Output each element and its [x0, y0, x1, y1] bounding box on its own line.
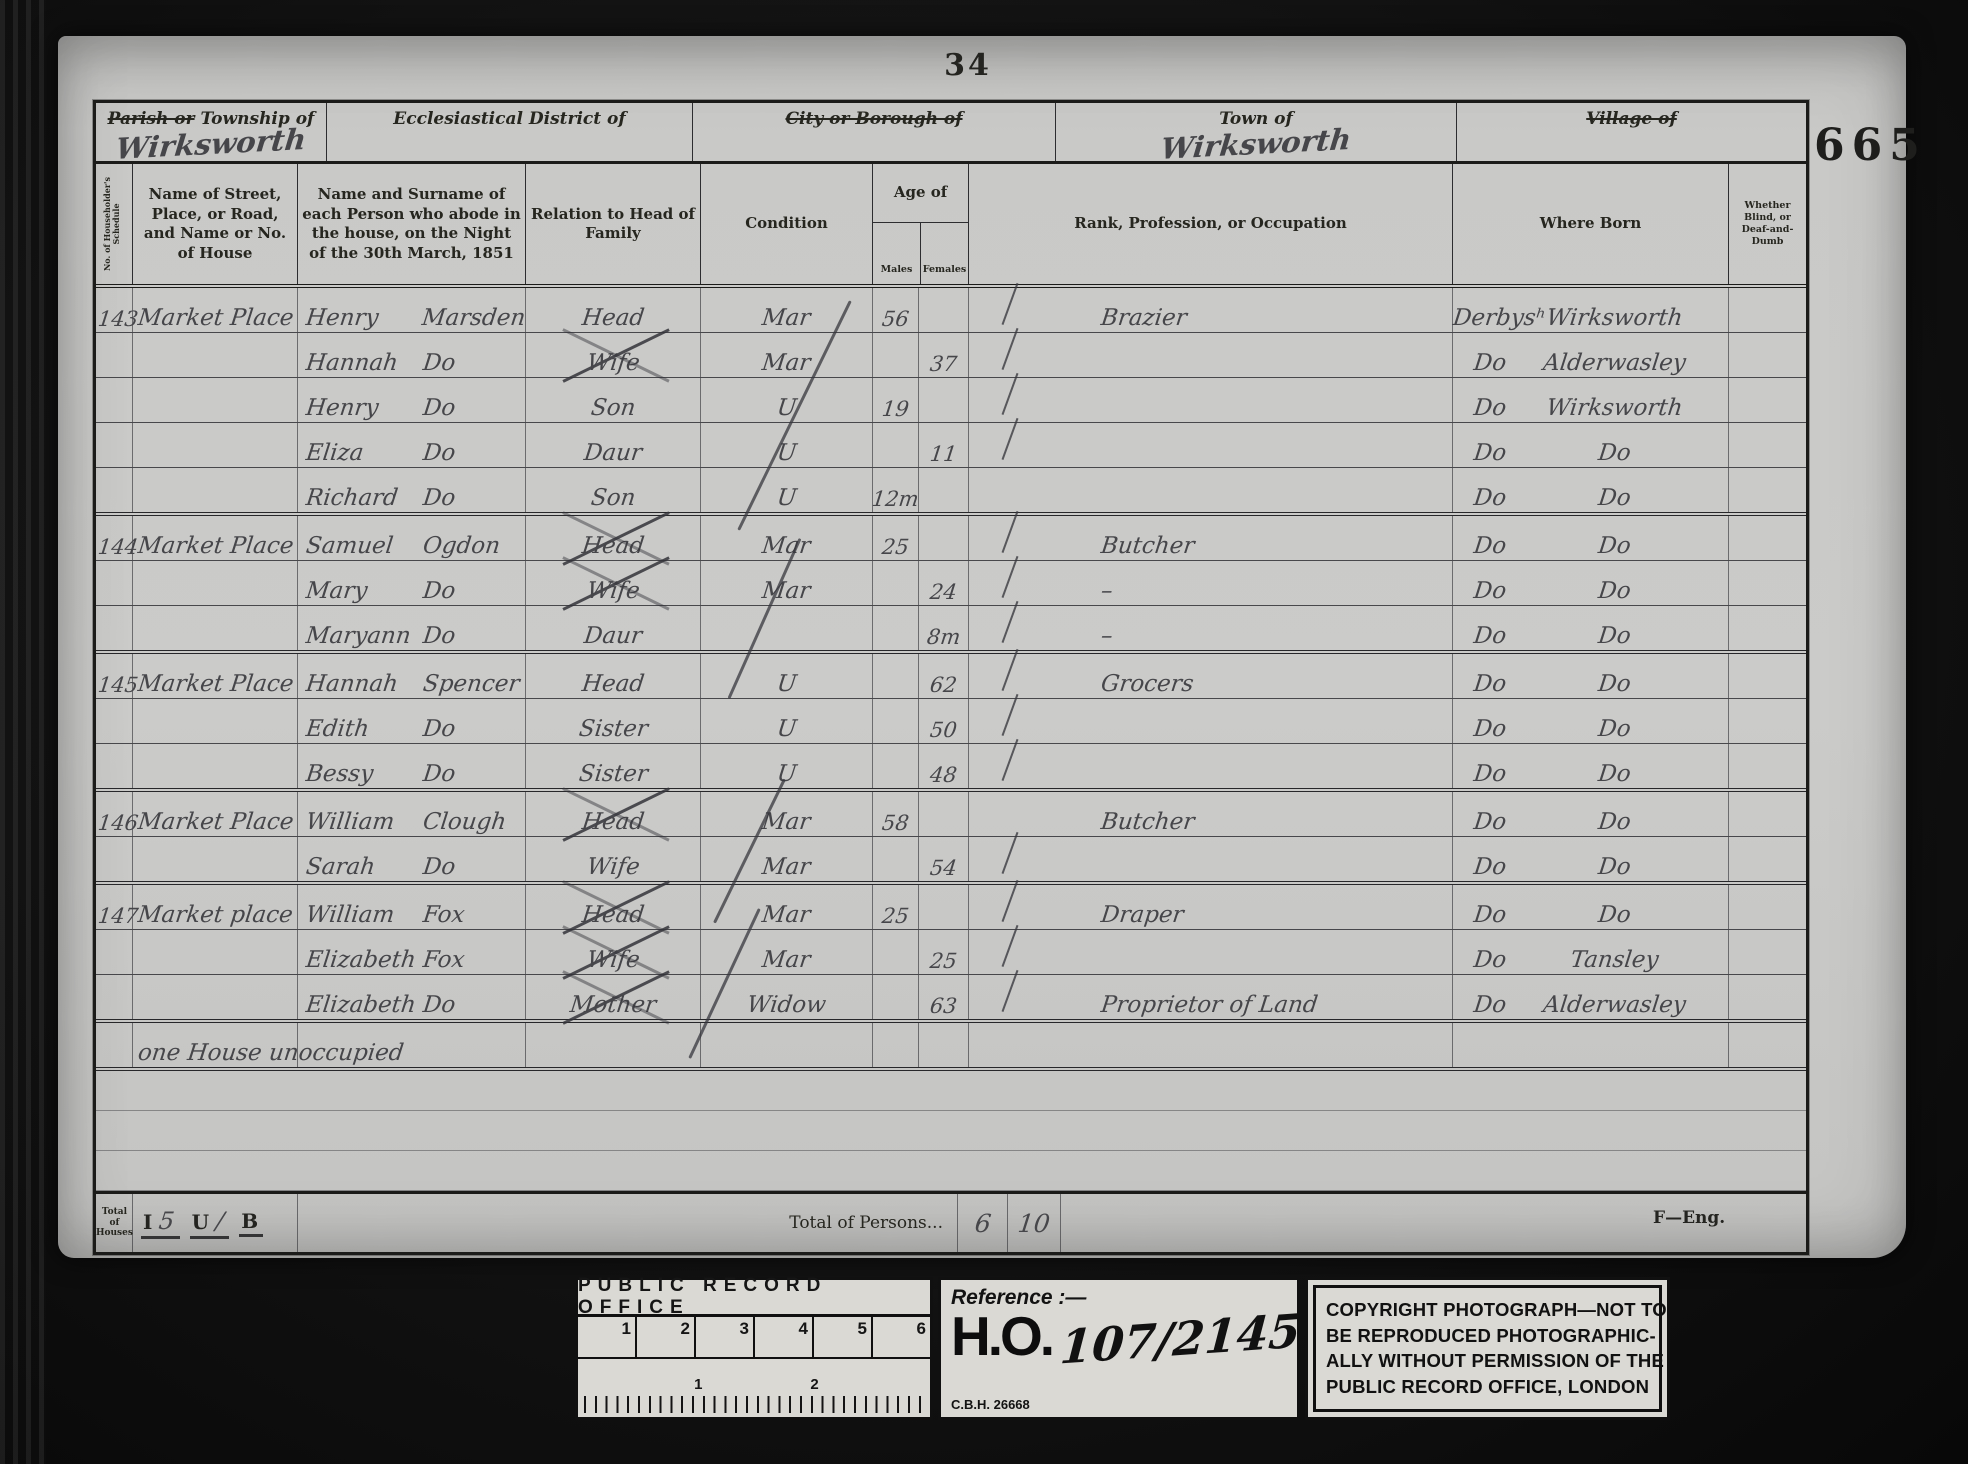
- building-label: B: [241, 1209, 258, 1233]
- census-row: 147 Market place WilliamFox Head Mar 25 …: [96, 885, 1806, 930]
- age-females-cell: [919, 1023, 969, 1067]
- infirmity-cell: [1729, 654, 1806, 698]
- census-table: Parish or Township of Wirksworth Ecclesi…: [93, 100, 1809, 1255]
- street-cell: [133, 699, 298, 743]
- where-born-cell: [1453, 1023, 1729, 1067]
- name-cell: MaryDo: [298, 561, 526, 605]
- folio-number: 34: [928, 48, 1008, 83]
- age-females-cell: 11: [919, 423, 969, 467]
- census-row: EdithDo Sister U 50 DoDo: [96, 699, 1806, 744]
- condition-cell: U: [701, 699, 873, 743]
- ecclesiastical-district-cell: Ecclesiastical District of: [327, 103, 693, 161]
- age-males-cell: [873, 930, 919, 974]
- census-row: one House unoccupied: [96, 1023, 1806, 1071]
- name-cell: ElizabethDo: [298, 975, 526, 1019]
- schedule-cell: [96, 423, 133, 467]
- condition-cell: [701, 1023, 873, 1067]
- village-cell: Village of: [1457, 103, 1806, 161]
- occupation-cell: [969, 744, 1453, 788]
- copyright-stamp: COPYRIGHT PHOTOGRAPH—NOT TO BE REPRODUCE…: [1305, 1277, 1670, 1420]
- name-cell: HannahSpencer: [298, 654, 526, 698]
- age-males-cell: [873, 837, 919, 881]
- village-label-struck: Village of: [1586, 109, 1677, 129]
- parish-cell: Parish or Township of Wirksworth: [96, 103, 327, 161]
- infirmity-cell: [1729, 468, 1806, 512]
- reference-prefix: H.O.: [951, 1312, 1052, 1362]
- infirmity-cell: [1729, 744, 1806, 788]
- census-row: ElizaDo Daur U 11 DoDo: [96, 423, 1806, 468]
- street-cell: Market Place: [133, 516, 298, 560]
- col-occupation: Rank, Profession, or Occupation: [969, 164, 1453, 284]
- occupation-cell: –: [969, 561, 1453, 605]
- where-born-cell: DoDo: [1453, 885, 1729, 929]
- where-born-cell: DoDo: [1453, 468, 1729, 512]
- infirmity-cell: [1729, 288, 1806, 332]
- schedule-cell: [96, 930, 133, 974]
- condition-cell: Mar: [701, 516, 873, 560]
- occupation-cell: Grocers: [969, 654, 1453, 698]
- schedule-cell: 147: [96, 885, 133, 929]
- age-males-cell: 25: [873, 885, 919, 929]
- occupation-cell: [969, 1023, 1453, 1067]
- census-row: 145 Market Place HannahSpencer Head U 62…: [96, 654, 1806, 699]
- where-born-cell: DoDo: [1453, 792, 1729, 836]
- age-females-cell: [919, 468, 969, 512]
- relation-cell: Head: [526, 516, 701, 560]
- condition-cell: U: [701, 378, 873, 422]
- schedule-cell: [96, 561, 133, 605]
- total-males-value: 6: [973, 1209, 992, 1238]
- name-cell: ElizabethFox: [298, 930, 526, 974]
- schedule-cell: [96, 468, 133, 512]
- name-cell: BessyDo: [298, 744, 526, 788]
- census-row: HenryDo Son U 19 DoWirksworth: [96, 378, 1806, 423]
- age-males-cell: 56: [873, 288, 919, 332]
- pro-office-title: PUBLIC RECORD OFFICE: [578, 1280, 930, 1317]
- infirmity-cell: [1729, 1023, 1806, 1067]
- copyright-line: BE REPRODUCED PHOTOGRAPHIC-: [1326, 1323, 1649, 1349]
- age-females-cell: [919, 516, 969, 560]
- town-cell: Town of Wirksworth: [1056, 103, 1457, 161]
- occupation-cell: [969, 378, 1453, 422]
- age-males-cell: 25: [873, 516, 919, 560]
- schedule-cell: 145: [96, 654, 133, 698]
- census-row: ElizabethFox Wife Mar 25 DoTansley: [96, 930, 1806, 975]
- pro-stamps: PUBLIC RECORD OFFICE 1 2 3 4 5 6 1 2 Ref…: [575, 1277, 1670, 1420]
- inhabited-label: I: [143, 1210, 152, 1234]
- age-females-cell: 62: [919, 654, 969, 698]
- census-row: 144 Market Place SamuelOgdon Head Mar 25…: [96, 516, 1806, 561]
- street-cell: [133, 423, 298, 467]
- census-row: HannahDo Wife Mar 37 DoAlderwasley: [96, 333, 1806, 378]
- street-cell: one House unoccupied: [133, 1023, 298, 1067]
- age-males-cell: [873, 699, 919, 743]
- age-females-cell: 63: [919, 975, 969, 1019]
- street-cell: [133, 606, 298, 650]
- age-females-cell: [919, 792, 969, 836]
- name-cell: WilliamClough: [298, 792, 526, 836]
- age-females-cell: 8m: [919, 606, 969, 650]
- condition-cell: U: [701, 654, 873, 698]
- col-name-surname: Name and Surname of each Person who abod…: [298, 164, 526, 284]
- relation-cell: Wife: [526, 837, 701, 881]
- schedule-cell: [96, 378, 133, 422]
- relation-cell: Head: [526, 792, 701, 836]
- copyright-line: PUBLIC RECORD OFFICE, LONDON: [1326, 1374, 1649, 1400]
- census-photograph: 34 665 Parish or Township of Wirksworth …: [0, 0, 1968, 1464]
- street-cell: Market Place: [133, 654, 298, 698]
- relation-cell: Sister: [526, 744, 701, 788]
- condition-cell: U: [701, 744, 873, 788]
- photo-edge-texture: [0, 0, 46, 1464]
- col-condition: Condition: [701, 164, 873, 284]
- schedule-cell: [96, 606, 133, 650]
- schedule-cell: [96, 1023, 133, 1067]
- where-born-cell: DoDo: [1453, 423, 1729, 467]
- where-born-cell: DoAlderwasley: [1453, 333, 1729, 377]
- infirmity-cell: [1729, 516, 1806, 560]
- occupation-cell: Proprietor of Land: [969, 975, 1453, 1019]
- ecclesiastical-label: Ecclesiastical District of: [393, 109, 625, 129]
- age-males-cell: 58: [873, 792, 919, 836]
- schedule-cell: [96, 744, 133, 788]
- condition-cell: Mar: [701, 837, 873, 881]
- relation-cell: Head: [526, 288, 701, 332]
- infirmity-cell: [1729, 378, 1806, 422]
- where-born-cell: DoAlderwasley: [1453, 975, 1729, 1019]
- reference-stamp: Reference :— H.O. 107/2145 C.B.H. 26668: [938, 1277, 1300, 1420]
- inch-mark: 4: [755, 1317, 814, 1357]
- inch-scale: 1 2 3 4 5 6: [578, 1317, 930, 1359]
- relation-cell: Wife: [526, 561, 701, 605]
- relation-cell: Son: [526, 468, 701, 512]
- occupation-cell: [969, 333, 1453, 377]
- census-rows: 143 Market Place HenryMarsden Head Mar 5…: [96, 288, 1806, 1071]
- occupation-cell: [969, 468, 1453, 512]
- street-cell: Market Place: [133, 792, 298, 836]
- relation-cell: [526, 1023, 701, 1067]
- name-cell: HenryDo: [298, 378, 526, 422]
- relation-cell: Head: [526, 885, 701, 929]
- column-headers: No. of Householder's Schedule Name of St…: [96, 164, 1806, 288]
- stamp-code: C.B.H. 26668: [951, 1397, 1030, 1412]
- infirmity-cell: [1729, 930, 1806, 974]
- census-row: BessyDo Sister U 48 DoDo: [96, 744, 1806, 792]
- infirmity-cell: [1729, 606, 1806, 650]
- census-row: 143 Market Place HenryMarsden Head Mar 5…: [96, 288, 1806, 333]
- street-cell: [133, 744, 298, 788]
- where-born-cell: DerbysʰWirksworth: [1453, 288, 1729, 332]
- census-row: MaryannDo Daur 8m – DoDo: [96, 606, 1806, 654]
- name-cell: RichardDo: [298, 468, 526, 512]
- where-born-cell: DoDo: [1453, 516, 1729, 560]
- street-cell: [133, 378, 298, 422]
- inhabited-value-handwritten: 5: [158, 1207, 177, 1235]
- city-label-struck: City or Borough of: [785, 109, 962, 129]
- age-males-cell: [873, 654, 919, 698]
- schedule-cell: 143: [96, 288, 133, 332]
- where-born-cell: DoDo: [1453, 699, 1729, 743]
- name-cell: WilliamFox: [298, 885, 526, 929]
- street-cell: Market place: [133, 885, 298, 929]
- age-females-cell: 54: [919, 837, 969, 881]
- census-row: MaryDo Wife Mar 24 – DoDo: [96, 561, 1806, 606]
- occupation-cell: [969, 837, 1453, 881]
- col-relation: Relation to Head of Family: [526, 164, 701, 284]
- uninhabited-label: U: [192, 1210, 209, 1234]
- houses-totals-cell: I 5 U / B: [133, 1194, 298, 1252]
- occupation-cell: Butcher: [969, 792, 1453, 836]
- where-born-cell: DoDo: [1453, 744, 1729, 788]
- cm-ticks: [584, 1396, 924, 1413]
- age-males-cell: 19: [873, 378, 919, 422]
- name-cell: SamuelOgdon: [298, 516, 526, 560]
- where-born-cell: DoDo: [1453, 561, 1729, 605]
- col-schedule-number-label: No. of Householder's Schedule: [103, 168, 127, 280]
- occupation-cell: [969, 423, 1453, 467]
- relation-cell: Head: [526, 654, 701, 698]
- where-born-cell: DoDo: [1453, 606, 1729, 650]
- occupation-cell: Draper: [969, 885, 1453, 929]
- pro-ruler-stamp: PUBLIC RECORD OFFICE 1 2 3 4 5 6 1 2: [575, 1277, 933, 1420]
- inch-mark: 6: [873, 1317, 930, 1357]
- inhabited-total: I 5: [141, 1207, 180, 1239]
- condition-cell: [701, 606, 873, 650]
- where-born-cell: DoDo: [1453, 837, 1729, 881]
- col-age-label: Age of: [873, 164, 968, 223]
- name-cell: HenryMarsden: [298, 288, 526, 332]
- age-females-cell: 25: [919, 930, 969, 974]
- total-males-cell: 6: [958, 1194, 1008, 1252]
- street-cell: [133, 561, 298, 605]
- cm-mark: 1: [694, 1376, 702, 1393]
- geography-header: Parish or Township of Wirksworth Ecclesi…: [96, 103, 1806, 164]
- schedule-cell: [96, 333, 133, 377]
- infirmity-cell: [1729, 699, 1806, 743]
- infirmity-cell: [1729, 885, 1806, 929]
- census-row: ElizabethDo Mother Widow 63 Proprietor o…: [96, 975, 1806, 1023]
- relation-cell: Daur: [526, 423, 701, 467]
- schedule-cell: [96, 975, 133, 1019]
- street-cell: [133, 930, 298, 974]
- col-where-born: Where Born: [1453, 164, 1729, 284]
- occupation-cell: Butcher: [969, 516, 1453, 560]
- age-females-cell: 24: [919, 561, 969, 605]
- age-females-cell: 50: [919, 699, 969, 743]
- street-cell: [133, 468, 298, 512]
- age-females-cell: 37: [919, 333, 969, 377]
- relation-cell: Wife: [526, 930, 701, 974]
- infirmity-cell: [1729, 561, 1806, 605]
- occupation-cell: –: [969, 606, 1453, 650]
- col-schedule-number: No. of Householder's Schedule: [96, 164, 133, 284]
- total-of-persons-label: Total of Persons...: [298, 1194, 958, 1252]
- name-cell: SarahDo: [298, 837, 526, 881]
- copyright-line: COPYRIGHT PHOTOGRAPH—NOT TO: [1326, 1297, 1649, 1323]
- empty-row: [96, 1111, 1806, 1151]
- street-cell: Market Place: [133, 288, 298, 332]
- schedule-cell: 146: [96, 792, 133, 836]
- schedule-cell: [96, 699, 133, 743]
- condition-cell: U: [701, 468, 873, 512]
- empty-row: [96, 1071, 1806, 1111]
- copyright-line: ALLY WITHOUT PERMISSION OF THE: [1326, 1348, 1649, 1374]
- total-of-houses-label: Total of Houses: [96, 1194, 133, 1252]
- infirmity-cell: [1729, 333, 1806, 377]
- inch-mark: 5: [814, 1317, 873, 1357]
- col-age-males-label: Males: [873, 223, 921, 284]
- total-females-value: 10: [1016, 1209, 1051, 1238]
- occupation-cell: [969, 930, 1453, 974]
- empty-row: [96, 1151, 1806, 1191]
- where-born-cell: DoTansley: [1453, 930, 1729, 974]
- condition-cell: Mar: [701, 333, 873, 377]
- age-females-cell: [919, 378, 969, 422]
- age-males-cell: [873, 561, 919, 605]
- parish-label-struck: Parish or: [108, 109, 195, 129]
- city-borough-cell: City or Borough of: [693, 103, 1056, 161]
- name-cell: MaryannDo: [298, 606, 526, 650]
- name-cell: ElizaDo: [298, 423, 526, 467]
- census-row: RichardDo Son U 12m DoDo: [96, 468, 1806, 516]
- age-males-cell: [873, 975, 919, 1019]
- reference-number-handwritten: 107/2145: [1058, 1303, 1302, 1374]
- infirmity-cell: [1729, 792, 1806, 836]
- occupation-cell: [969, 699, 1453, 743]
- col-age-females-label: Females: [921, 223, 968, 284]
- uninhabited-value-handwritten: /: [214, 1207, 226, 1235]
- inch-mark: 3: [696, 1317, 755, 1357]
- where-born-cell: DoWirksworth: [1453, 378, 1729, 422]
- relation-cell: Mother: [526, 975, 701, 1019]
- census-row: 146 Market Place WilliamClough Head Mar …: [96, 792, 1806, 837]
- age-males-cell: [873, 606, 919, 650]
- street-cell: [133, 333, 298, 377]
- relation-cell: Daur: [526, 606, 701, 650]
- condition-cell: Mar: [701, 792, 873, 836]
- col-street: Name of Street, Place, or Road, and Name…: [133, 164, 298, 284]
- street-cell: [133, 975, 298, 1019]
- cm-scale: 1 2: [578, 1359, 930, 1417]
- street-cell: [133, 837, 298, 881]
- schedule-cell: 144: [96, 516, 133, 560]
- age-females-cell: [919, 885, 969, 929]
- condition-cell: Mar: [701, 930, 873, 974]
- form-footer-code: F—Eng.: [1653, 1208, 1725, 1228]
- col-age: Age of Males Females: [873, 164, 969, 284]
- relation-cell: Sister: [526, 699, 701, 743]
- building-total: B: [239, 1209, 263, 1237]
- relation-cell: Son: [526, 378, 701, 422]
- where-born-cell: DoDo: [1453, 654, 1729, 698]
- relation-cell: Wife: [526, 333, 701, 377]
- inch-mark: 1: [578, 1317, 637, 1357]
- infirmity-cell: [1729, 837, 1806, 881]
- infirmity-cell: [1729, 975, 1806, 1019]
- age-males-cell: [873, 744, 919, 788]
- age-females-cell: [919, 288, 969, 332]
- totals-band: Total of Houses I 5 U / B Total of Perso…: [96, 1191, 1806, 1252]
- infirmity-cell: [1729, 423, 1806, 467]
- cm-mark: 2: [810, 1376, 818, 1393]
- occupation-cell: Brazier: [969, 288, 1453, 332]
- col-infirmity: Whether Blind, or Deaf-and-Dumb: [1729, 164, 1806, 284]
- schedule-cell: [96, 837, 133, 881]
- census-row: SarahDo Wife Mar 54 DoDo: [96, 837, 1806, 885]
- name-cell: EdithDo: [298, 699, 526, 743]
- age-males-cell: [873, 423, 919, 467]
- age-females-cell: 48: [919, 744, 969, 788]
- uninhabited-total: U /: [190, 1207, 230, 1239]
- census-page: 34 665 Parish or Township of Wirksworth …: [58, 36, 1906, 1258]
- piece-stamp-number: 665: [1814, 120, 1927, 171]
- age-males-cell: [873, 1023, 919, 1067]
- total-females-cell: 10: [1008, 1194, 1061, 1252]
- age-males-cell: 12m: [873, 468, 919, 512]
- age-males-cell: [873, 333, 919, 377]
- name-cell: HannahDo: [298, 333, 526, 377]
- inch-mark: 2: [637, 1317, 696, 1357]
